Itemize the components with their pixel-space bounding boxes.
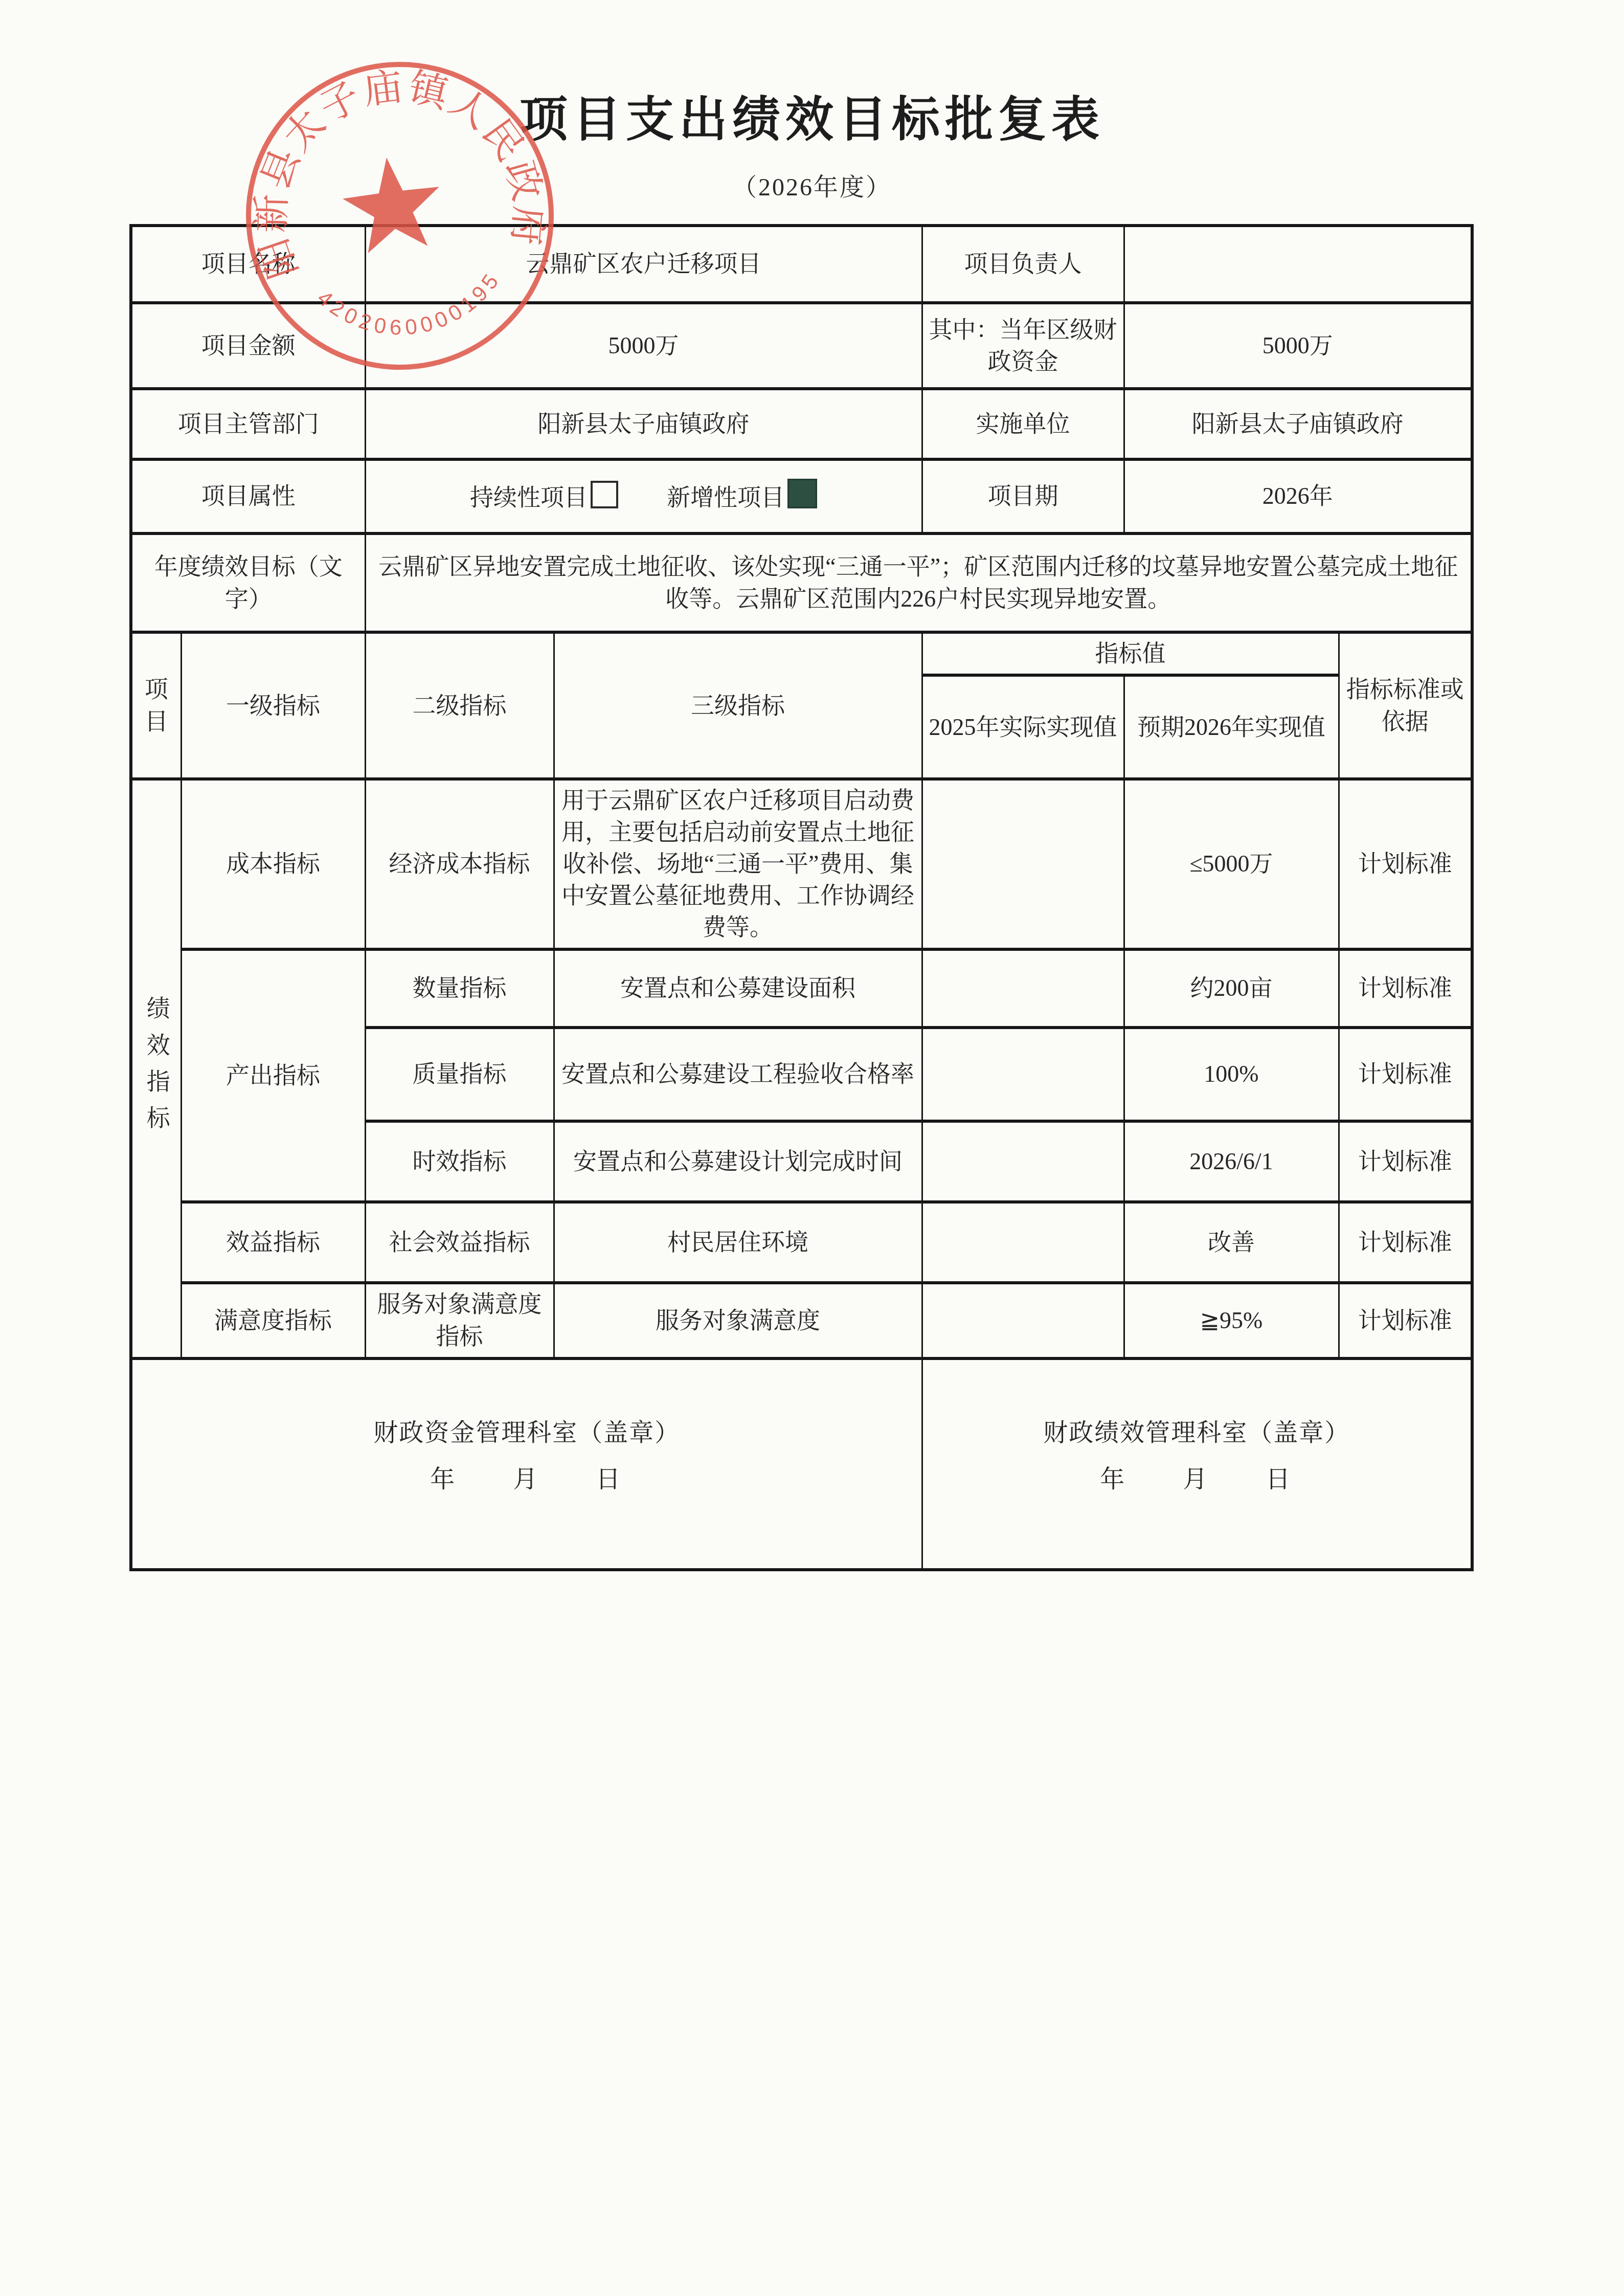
level2-quality: 质量指标 [365, 1028, 554, 1121]
performance-office-date: 年 月 日 [1100, 1463, 1293, 1497]
value-2025-cost [922, 779, 1124, 949]
standard-benefit: 计划标准 [1339, 1202, 1472, 1283]
level3-quality: 安置点和公募建设工程验收合格率 [554, 1028, 922, 1121]
project-amount-value: 5000万 [365, 303, 922, 389]
project-period-label: 项目期 [922, 459, 1124, 533]
project-period-value: 2026年 [1124, 459, 1472, 533]
level2-social-benefit: 社会效益指标 [365, 1202, 554, 1283]
continuing-project-checkbox [591, 481, 618, 508]
page-subtitle: （2026年度） [0, 167, 1624, 203]
level2-quantity: 数量指标 [365, 949, 554, 1028]
standard-timeliness: 计划标准 [1339, 1121, 1472, 1202]
table-header-row: 项目 一级指标 二级指标 三级指标 指标值 指标标准或依据 [131, 632, 1472, 675]
standard-satisfaction: 计划标准 [1339, 1283, 1472, 1358]
value-2025-satisfaction [922, 1283, 1124, 1358]
level3-quantity: 安置点和公募建设面积 [554, 949, 922, 1028]
performance-office-signature-cell: 财政绩效管理科室（盖章） 年 月 日 [922, 1358, 1472, 1570]
level3-satisfaction: 服务对象满意度 [554, 1283, 922, 1358]
district-funds-label: 其中：当年区级财政资金 [922, 303, 1124, 389]
table-row: 项目金额 5000万 其中：当年区级财政资金 5000万 [131, 303, 1472, 389]
new-project-checkbox [787, 479, 817, 508]
level3-cost-description: 用于云鼎矿区农户迁移项目启动费用，主要包括启动前安置点土地征收补偿、场地“三通一… [554, 779, 922, 949]
project-leader-label: 项目负责人 [922, 226, 1124, 303]
col-header-indicator-value: 指标值 [922, 632, 1339, 675]
performance-office-title: 财政绩效管理科室（盖章） [1043, 1417, 1350, 1450]
value-2025-timeliness [922, 1121, 1124, 1202]
level1-satisfaction: 满意度指标 [181, 1283, 365, 1358]
level2-satisfaction: 服务对象满意度指标 [365, 1283, 554, 1358]
level2-economic-cost: 经济成本指标 [365, 779, 554, 949]
col-header-2026-expected: 预期2026年实现值 [1124, 675, 1339, 779]
table-row: 项目名称 云鼎矿区农户迁移项目 项目负责人 [131, 226, 1472, 303]
standard-quantity: 计划标准 [1339, 949, 1472, 1028]
continuing-project-label: 持续性项目 [470, 484, 588, 510]
project-attribute-label: 项目属性 [131, 459, 365, 533]
table-row: 年度绩效目标（文字） 云鼎矿区异地安置完成土地征收、该处实现“三通一平”；矿区范… [131, 533, 1472, 632]
table-row: 绩效指标 成本指标 经济成本指标 用于云鼎矿区农户迁移项目启动费用，主要包括启动… [131, 779, 1472, 949]
col-header-level3: 三级指标 [554, 632, 922, 779]
district-funds-value: 5000万 [1124, 303, 1472, 389]
implementing-unit-value: 阳新县太子庙镇政府 [1124, 389, 1472, 459]
value-2026-quantity: 约200亩 [1124, 949, 1339, 1028]
funds-office-title: 财政资金管理科室（盖章） [373, 1417, 680, 1450]
page-title: 项目支出绩效目标批复表 [0, 0, 1624, 150]
level2-timeliness: 时效指标 [365, 1121, 554, 1202]
supervising-dept-value: 阳新县太子庙镇政府 [365, 389, 922, 459]
value-2026-satisfaction: ≧95% [1124, 1283, 1339, 1358]
level1-output: 产出指标 [181, 949, 365, 1202]
table-row: 效益指标 社会效益指标 村民居住环境 改善 计划标准 [131, 1202, 1472, 1283]
approval-form-table: 项目名称 云鼎矿区农户迁移项目 项目负责人 项目金额 5000万 其中：当年区级… [129, 224, 1474, 1571]
level1-cost: 成本指标 [181, 779, 365, 949]
table-row: 项目属性 持续性项目新增性项目 项目期 2026年 [131, 459, 1472, 533]
col-header-2025-actual: 2025年实际实现值 [922, 675, 1124, 779]
level1-benefit: 效益指标 [181, 1202, 365, 1283]
table-row: 产出指标 数量指标 安置点和公募建设面积 约200亩 计划标准 [131, 949, 1472, 1028]
col-header-level1: 一级指标 [181, 632, 365, 779]
annual-goal-label: 年度绩效目标（文字） [131, 533, 365, 632]
project-amount-label: 项目金额 [131, 303, 365, 389]
value-2025-quantity [922, 949, 1124, 1028]
value-2025-benefit [922, 1202, 1124, 1283]
supervising-dept-label: 项目主管部门 [131, 389, 365, 459]
annual-goal-text: 云鼎矿区异地安置完成土地征收、该处实现“三通一平”；矿区范围内迁移的坟墓异地安置… [365, 533, 1472, 632]
level3-benefit: 村民居住环境 [554, 1202, 922, 1283]
value-2026-cost: ≤5000万 [1124, 779, 1339, 949]
table-row: 满意度指标 服务对象满意度指标 服务对象满意度 ≧95% 计划标准 [131, 1283, 1472, 1358]
col-header-level2: 二级指标 [365, 632, 554, 779]
new-project-label: 新增性项目 [667, 484, 784, 510]
project-name-value: 云鼎矿区农户迁移项目 [365, 226, 922, 303]
level3-timeliness: 安置点和公募建设计划完成时间 [554, 1121, 922, 1202]
table-row: 项目主管部门 阳新县太子庙镇政府 实施单位 阳新县太子庙镇政府 [131, 389, 1472, 459]
project-leader-value [1124, 226, 1472, 303]
funds-office-signature-cell: 财政资金管理科室（盖章） 年 月 日 [131, 1358, 922, 1570]
page-header: 项目支出绩效目标批复表 （2026年度） [0, 0, 1624, 203]
table-row: 财政资金管理科室（盖章） 年 月 日 财政绩效管理科室（盖章） 年 月 日 [131, 1358, 1472, 1570]
col-header-standard: 指标标准或依据 [1339, 632, 1472, 779]
col-header-project: 项目 [131, 632, 181, 779]
value-2026-quality: 100% [1124, 1028, 1339, 1121]
value-2026-benefit: 改善 [1124, 1202, 1339, 1283]
performance-indicator-section-label: 绩效指标 [131, 779, 181, 1358]
project-name-label: 项目名称 [131, 226, 365, 303]
standard-cost: 计划标准 [1339, 779, 1472, 949]
funds-office-date: 年 月 日 [430, 1463, 623, 1497]
standard-quality: 计划标准 [1339, 1028, 1472, 1121]
implementing-unit-label: 实施单位 [922, 389, 1124, 459]
project-attribute-value: 持续性项目新增性项目 [365, 459, 922, 533]
value-2025-quality [922, 1028, 1124, 1121]
value-2026-timeliness: 2026/6/1 [1124, 1121, 1339, 1202]
